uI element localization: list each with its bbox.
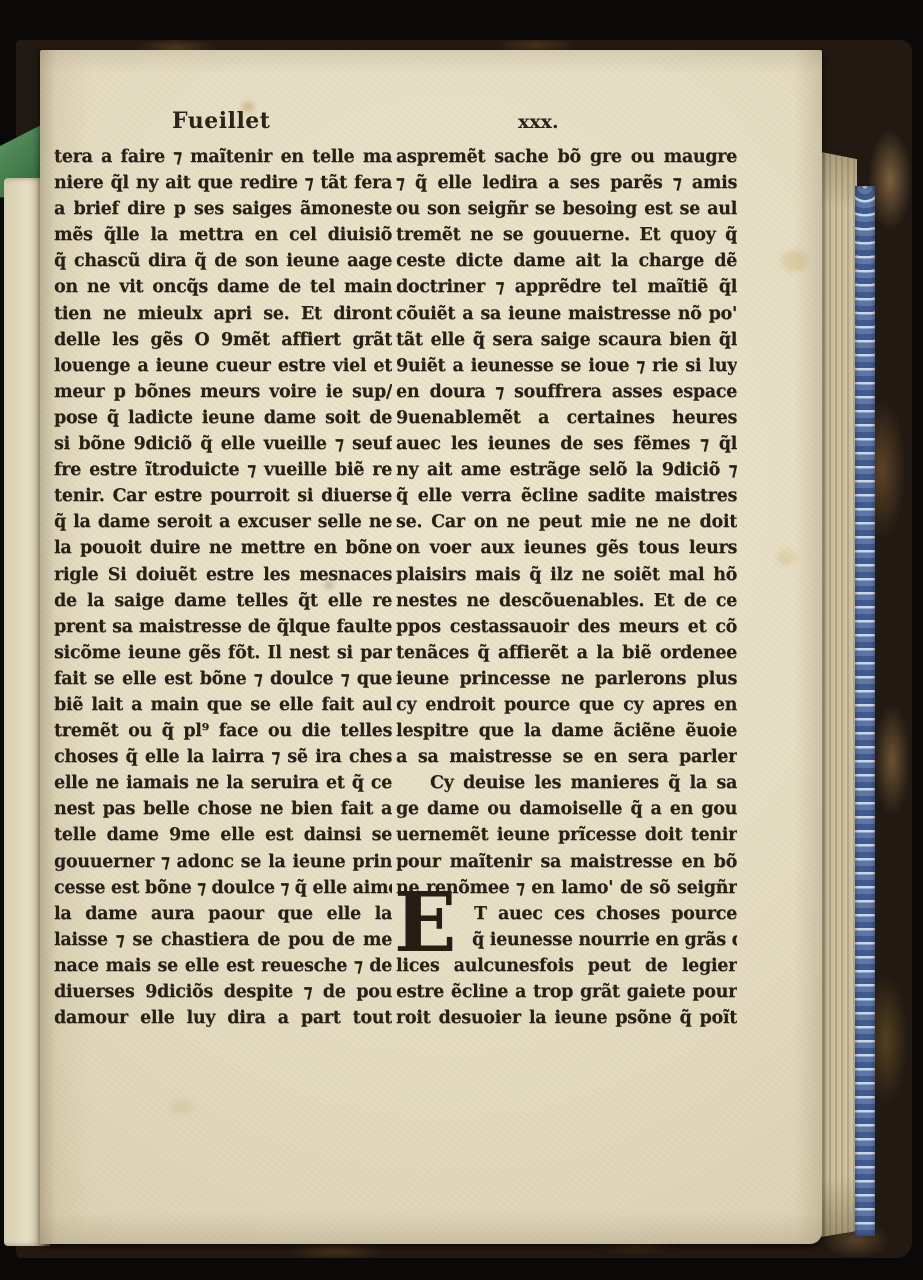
text-line: prent sa maistresse de q̃lque faulte xyxy=(54,614,392,640)
text-line: gouuerner ⁊ adonc se la ieune prin xyxy=(54,849,392,875)
text-line: cesse est bõne ⁊ doulce ⁊ q̃ elle aime xyxy=(54,875,392,901)
text-line: q̃ elle verra ẽcline sadite maistres xyxy=(396,483,737,509)
text-line: louenge a ieune cueur estre viel et xyxy=(54,353,392,379)
text-line: 9uiẽt a ieunesse se ioue ⁊ rie si luy xyxy=(396,353,737,379)
text-line: delle les gẽs O 9mẽt affiert grãt xyxy=(54,327,392,353)
text-line: pour maĩtenir sa maistresse en bõ xyxy=(396,849,737,875)
text-line: ny ait ame estrãge selõ la 9diciõ ⁊ xyxy=(396,457,737,483)
text-line: tenir. Car estre pourroit si diuerse xyxy=(54,483,392,509)
text-line: q̃ chascũ dira q̃ de son ieune aage xyxy=(54,248,392,274)
text-line: cõuiẽt a sa ieune maistresse nõ po' xyxy=(396,301,737,327)
running-title: Fueillet xyxy=(172,108,270,134)
text-line: doctriner ⁊ apprẽdre tel maĩtiẽ q̃l xyxy=(396,274,737,300)
text-line: telle dame 9me elle est dainsi se xyxy=(54,822,392,848)
text-line: biẽ lait a main que se elle fait aul xyxy=(54,692,392,718)
text-line: a brief dire p ses saiges ãmoneste xyxy=(54,196,392,222)
text-line: uernemẽt ieune prĩcesse doit tenir xyxy=(396,822,737,848)
text-line: q̃ la dame seroit a excuser selle ne xyxy=(54,509,392,535)
photographed-book-page: Fueillet xxx. tera a faire ⁊ maĩtenir en… xyxy=(0,0,923,1280)
text-line: elle ne iamais ne la seruira et q̃ ce xyxy=(54,770,392,796)
text-line: ppos cestassauoir des meurs et cõ xyxy=(396,614,737,640)
text-line: tenãces q̃ affierẽt a la biẽ ordenee xyxy=(396,640,737,666)
text-line: meur p bõnes meurs voire ie sup/ xyxy=(54,379,392,405)
text-line: on ne vit oncq̃s dame de tel main xyxy=(54,274,392,300)
text-line: la dame aura paour que elle la xyxy=(54,901,392,927)
paper-stain xyxy=(782,250,808,272)
text-line: plaisirs mais q̃ ilz ne soiẽt mal hõ xyxy=(396,562,737,588)
text-line: nest pas belle chose ne bien fait a xyxy=(54,796,392,822)
text-line: estre ẽcline a trop grãt gaiete pour xyxy=(396,979,737,1005)
text-line: nestes ne descõuenables. Et de ce xyxy=(396,588,737,614)
text-line: cy endroit pource que cy apres en xyxy=(396,692,737,718)
text-line: se. Car on ne peut mie ne ne doit xyxy=(396,509,737,535)
text-line: mẽs q̃lle la mettra en cel diuisiõ xyxy=(54,222,392,248)
text-line: diuerses 9diciõs despite ⁊ de pou xyxy=(54,979,392,1005)
text-line: de la saige dame telles q̃t elle re xyxy=(54,588,392,614)
text-line: roit desuoier la ieune psõne q̃ poĩt xyxy=(396,1005,737,1031)
text-line: on voer aux ieunes gẽs tous leurs xyxy=(396,535,737,561)
marbled-endpaper-strip xyxy=(855,186,875,1236)
text-line: a sa maistresse se en sera parler xyxy=(396,744,737,770)
text-line: rigle Si doiuẽt estre les mesnaces xyxy=(54,562,392,588)
paper-stain xyxy=(170,1100,194,1114)
text-line: la pouoit duire ne mettre en bõne xyxy=(54,535,392,561)
text-line: niere q̃l ny ait que redire ⁊ tãt fera xyxy=(54,170,392,196)
folio-number: xxx. xyxy=(518,111,559,133)
text-line: damour elle luy dira a part tout xyxy=(54,1005,392,1031)
text-line: lespitre que la dame ãciẽne ẽuoie xyxy=(396,718,737,744)
text-line: tera a faire ⁊ maĩtenir en telle ma xyxy=(54,144,392,170)
text-line: si bõne 9diciõ q̃ elle vueille ⁊ seuf xyxy=(54,431,392,457)
text-line: sicõme ieune gẽs fõt. Il nest si par xyxy=(54,640,392,666)
text-line: choses q̃ elle la lairra ⁊ sẽ ira ches xyxy=(54,744,392,770)
text-line: aspremẽt sache bõ gre ou maugre xyxy=(396,144,737,170)
text-column-left: tera a faire ⁊ maĩtenir en telle maniere… xyxy=(54,144,392,1031)
text-line: ou son seigñr se besoing est se aul xyxy=(396,196,737,222)
text-line: nace mais se elle est reuesche ⁊ de xyxy=(54,953,392,979)
text-line: en doura ⁊ souffrera asses espace xyxy=(396,379,737,405)
text-line: pose q̃ ladicte ieune dame soit de xyxy=(54,405,392,431)
text-line: auec les ieunes de ses fẽmes ⁊ q̃l xyxy=(396,431,737,457)
paper-stain xyxy=(776,550,796,566)
text-line: 9uenablemẽt a certaines heures xyxy=(396,405,737,431)
text-line: tremẽt ne se gouuerne. Et quoy q̃ xyxy=(396,222,737,248)
text-line: ceste dicte dame ait la charge dẽ xyxy=(396,248,737,274)
text-line: fait se elle est bõne ⁊ doulce ⁊ que xyxy=(54,666,392,692)
decorated-initial-letter: E xyxy=(394,886,472,960)
text-line: laisse ⁊ se chastiera de pou de me xyxy=(54,927,392,953)
text-line: Cy deuise les manieres q̃ la sa xyxy=(396,770,737,796)
text-line: tãt elle q̃ sera saige scaura bien q̃l xyxy=(396,327,737,353)
text-line: tien ne mieulx apri se. Et diront xyxy=(54,301,392,327)
text-line: ieune princesse ne parlerons plus xyxy=(396,666,737,692)
text-line: ge dame ou damoiselle q̃ a en gou xyxy=(396,796,737,822)
text-column-right: E aspremẽt sache bõ gre ou maugre⁊ q̃ el… xyxy=(396,144,737,1031)
text-line: tremẽt ou q̃ pl⁹ face ou die telles xyxy=(54,718,392,744)
text-line: fre estre ĩtroduicte ⁊ vueille biẽ re xyxy=(54,457,392,483)
text-line: ⁊ q̃ elle ledira a ses parẽs ⁊ amis xyxy=(396,170,737,196)
book-page: Fueillet xxx. tera a faire ⁊ maĩtenir en… xyxy=(40,50,822,1244)
